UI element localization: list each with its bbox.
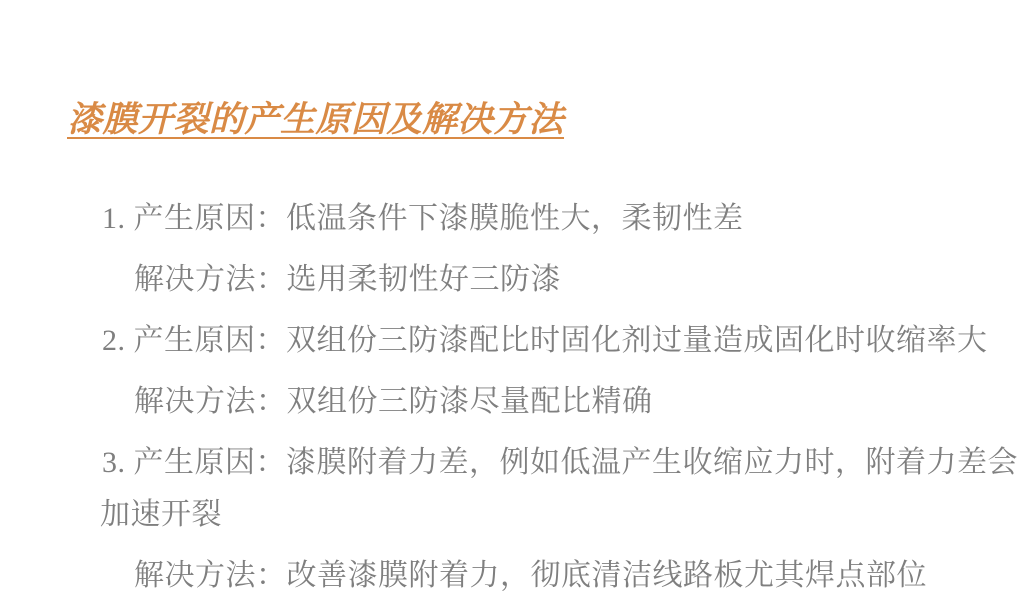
- item-1-solution-line: 解决方法：选用柔韧性好三防漆: [134, 254, 561, 298]
- item-3-cause-continuation-line: 加速开裂: [100, 489, 222, 533]
- item-3-solution-line: 解决方法：改善漆膜附着力，彻底清洁线路板尤其焊点部位: [134, 550, 927, 594]
- item-2-solution-line: 解决方法：双组份三防漆尽量配比精确: [134, 376, 653, 420]
- item-2-cause-line: 2. 产生原因：双组份三防漆配比时固化剂过量造成固化时收缩率大: [102, 315, 988, 359]
- page-title: 漆膜开裂的产生原因及解决方法: [67, 92, 564, 142]
- slide-canvas: 漆膜开裂的产生原因及解决方法 1. 产生原因：低温条件下漆膜脆性大，柔韧性差 解…: [0, 0, 1024, 603]
- item-1-cause-line: 1. 产生原因：低温条件下漆膜脆性大，柔韧性差: [102, 193, 744, 237]
- item-3-cause-line: 3. 产生原因：漆膜附着力差，例如低温产生收缩应力时，附着力差会: [102, 437, 1018, 481]
